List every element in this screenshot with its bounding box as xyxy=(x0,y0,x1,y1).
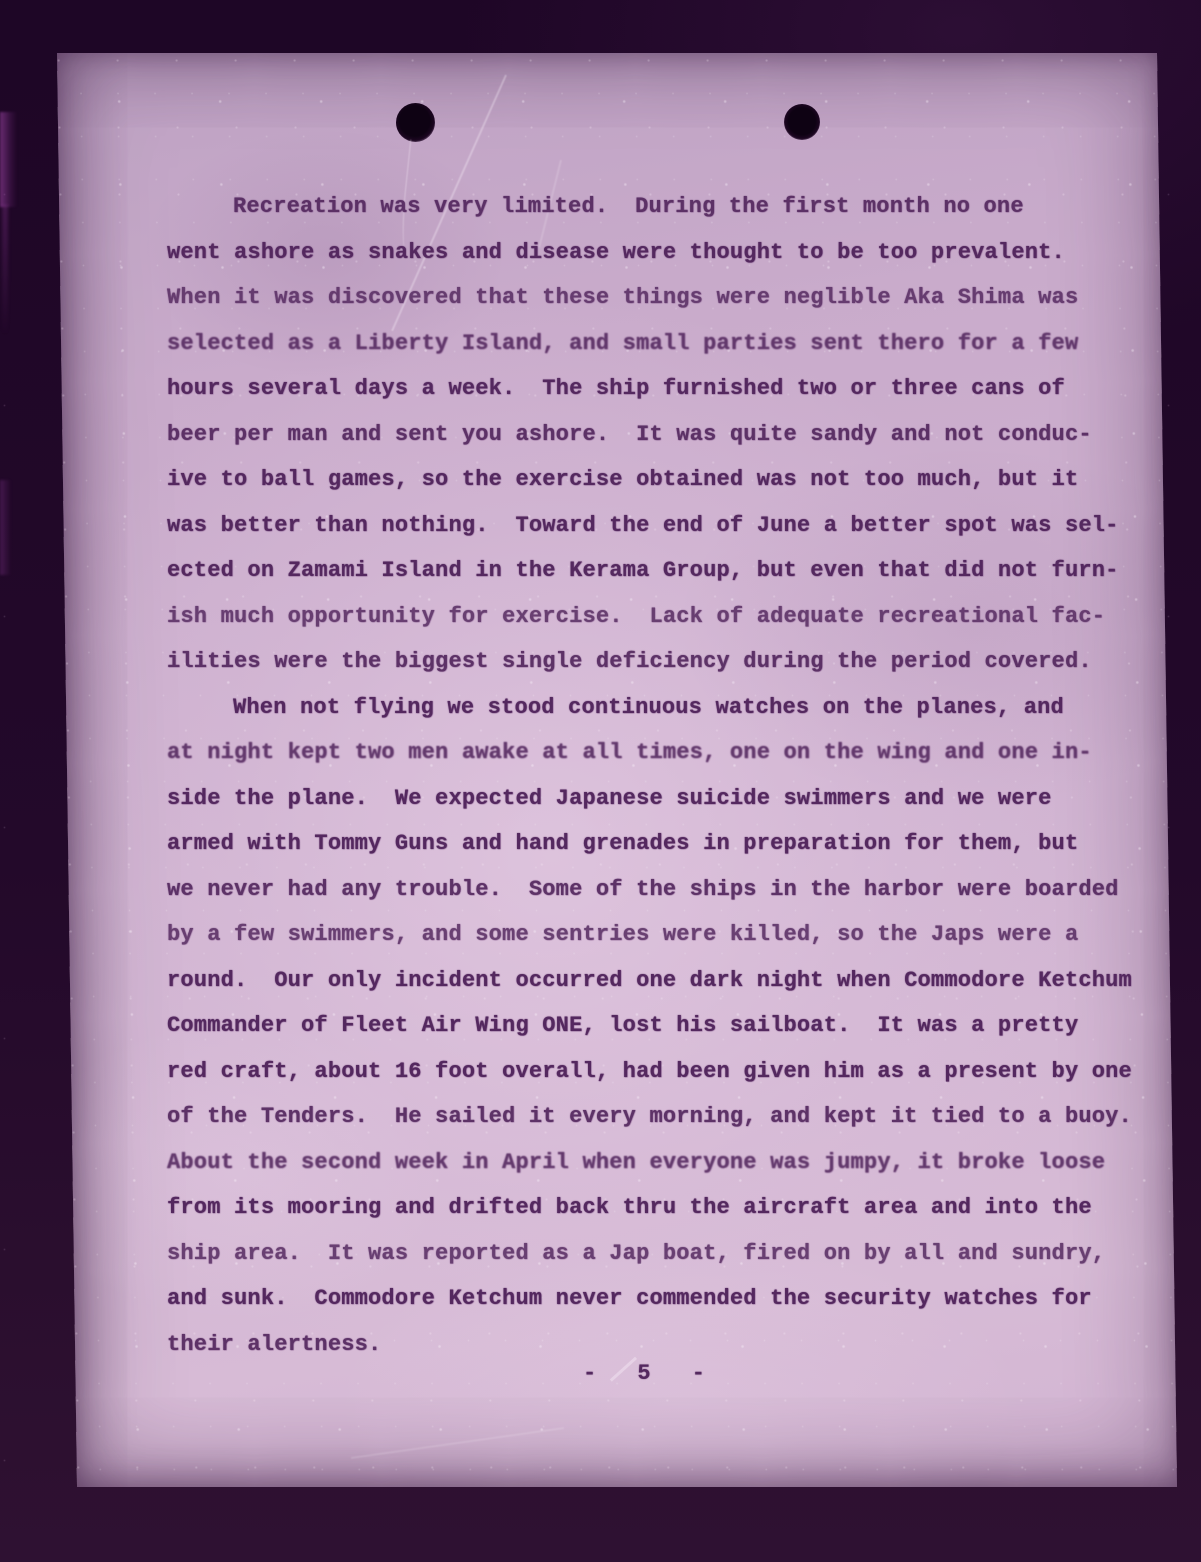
text-line: hours several days a week. The ship furn… xyxy=(167,366,1157,412)
text-line: ish much opportunity for exercise. Lack … xyxy=(167,594,1157,640)
text-line: ship area. It was reported as a Jap boat… xyxy=(167,1231,1157,1277)
text-line: red craft, about 16 foot overall, had be… xyxy=(167,1049,1157,1095)
hole-punch-left xyxy=(396,103,435,142)
text-line: at night kept two men awake at all times… xyxy=(167,730,1157,776)
text-line: ive to ball games, so the exercise obtai… xyxy=(167,457,1157,503)
hole-punch-right xyxy=(784,104,820,140)
text-line: ilities were the biggest single deficien… xyxy=(167,639,1157,685)
text-line: and sunk. Commodore Ketchum never commen… xyxy=(167,1276,1157,1322)
text-line: side the plane. We expected Japanese sui… xyxy=(167,776,1157,822)
text-line: selected as a Liberty Island, and small … xyxy=(167,321,1157,367)
text-line: we never had any trouble. Some of the sh… xyxy=(167,867,1157,913)
text-line: When not flying we stood continuous watc… xyxy=(167,685,1157,731)
text-line: ected on Zamami Island in the Kerama Gro… xyxy=(167,548,1157,594)
text-line: from its mooring and drifted back thru t… xyxy=(167,1185,1157,1231)
text-line: Commander of Fleet Air Wing ONE, lost hi… xyxy=(167,1003,1157,1049)
text-line: Recreation was very limited. During the … xyxy=(167,184,1157,230)
text-line: round. Our only incident occurred one da… xyxy=(167,958,1157,1004)
text-line: was better than nothing. Toward the end … xyxy=(167,503,1157,549)
text-line: of the Tenders. He sailed it every morni… xyxy=(167,1094,1157,1140)
text-line: by a few swimmers, and some sentries wer… xyxy=(167,912,1157,958)
text-line: armed with Tommy Guns and hand grenades … xyxy=(167,821,1157,867)
page-number: - 5 - xyxy=(583,1351,719,1397)
text-line: beer per man and sent you ashore. It was… xyxy=(167,412,1157,458)
text-line: When it was discovered that these things… xyxy=(167,275,1157,321)
typewritten-text-block: Recreation was very limited. During the … xyxy=(167,184,1157,1367)
text-line: went ashore as snakes and disease were t… xyxy=(167,230,1157,276)
text-line: About the second week in April when ever… xyxy=(167,1140,1157,1186)
